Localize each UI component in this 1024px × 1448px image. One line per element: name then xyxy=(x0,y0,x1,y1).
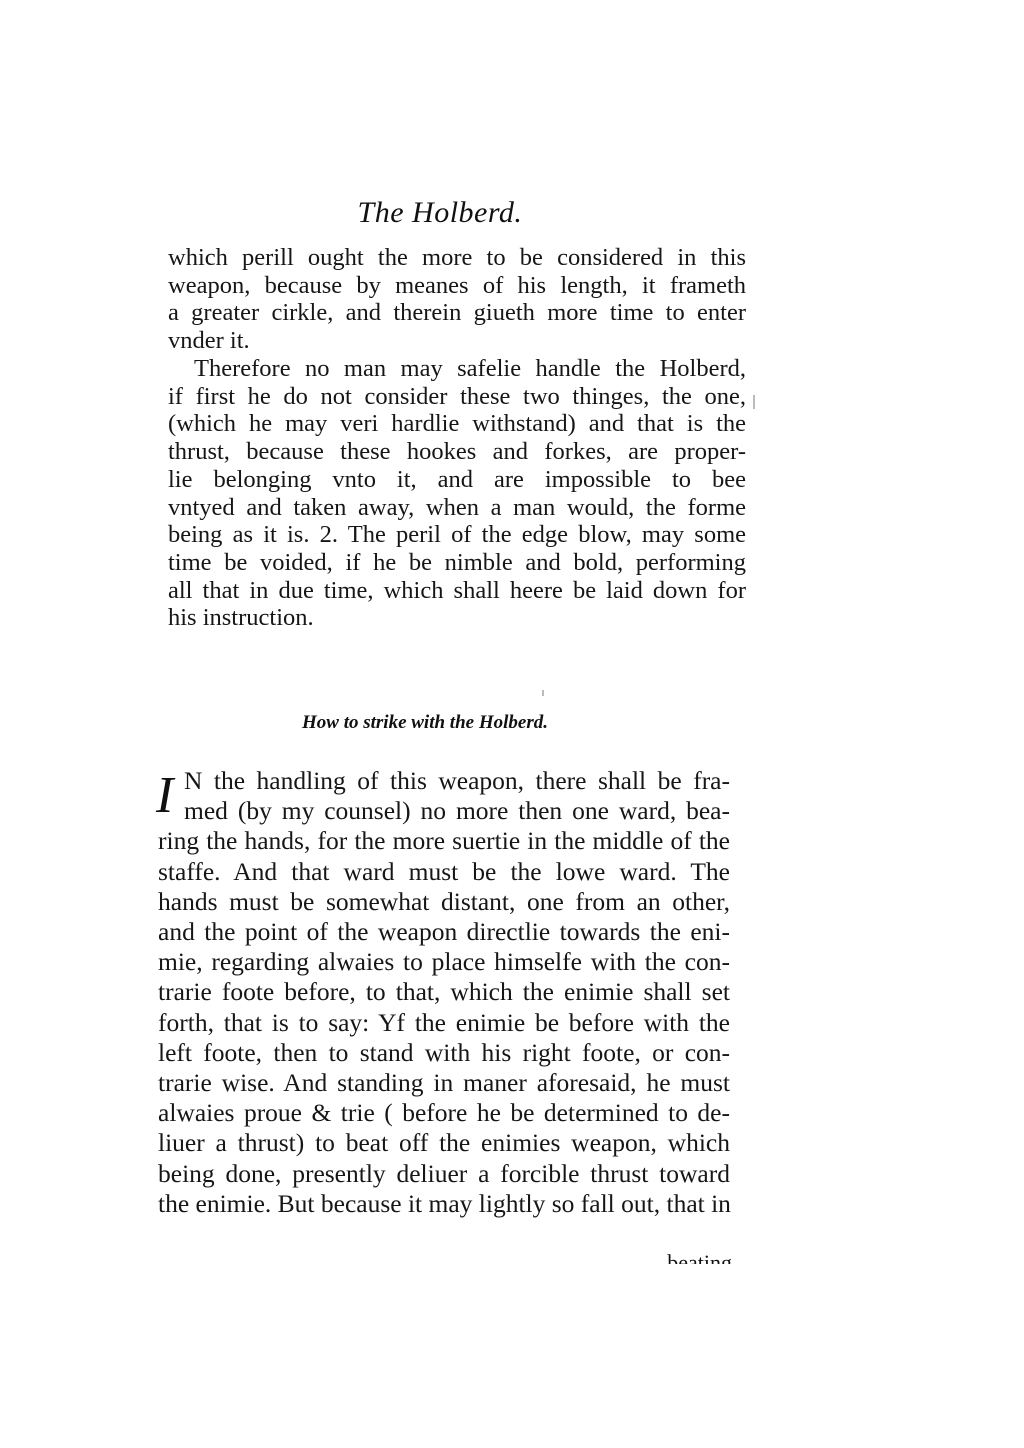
text-line: lie belonging vnto it, and are impossibl… xyxy=(168,466,746,494)
section-body: N the handling of this weapon, there sha… xyxy=(158,766,730,1219)
text-line: a greater cirkle, and therein giueth mor… xyxy=(168,299,746,327)
catchword: beating xyxy=(667,1250,732,1264)
text-line: med (by my counsel) no more then one war… xyxy=(158,796,730,826)
scan-speck xyxy=(753,395,755,409)
text-line: being done, presently deliuer a forcible… xyxy=(158,1159,730,1189)
text-line: and the point of the weapon directlie to… xyxy=(158,917,730,947)
running-head: The Holberd. xyxy=(320,196,560,230)
text-line: being as it is. 2. The peril of the edge… xyxy=(168,521,746,549)
text-line: trarie foote before, to that, which the … xyxy=(158,977,730,1007)
text-line: ring the hands, for the more suertie in … xyxy=(158,826,730,856)
text-line: N the handling of this weapon, there sha… xyxy=(158,766,730,796)
paragraph-continued: which perill ought the more to be consid… xyxy=(168,244,746,355)
text-line: the enimie. But because it may lightly s… xyxy=(158,1189,730,1219)
text-line: mie, regarding alwaies to place himselfe… xyxy=(158,947,730,977)
text-line: left foote, then to stand with his right… xyxy=(158,1038,730,1068)
text-line: which perill ought the more to be consid… xyxy=(168,244,746,272)
text-line: thrust, because these hookes and forkes,… xyxy=(168,438,746,466)
text-line: vntyed and taken away, when a man would,… xyxy=(168,494,746,522)
text-line: time be voided, if he be nimble and bold… xyxy=(168,549,746,577)
section-heading: How to strike with the Holberd. xyxy=(250,712,600,734)
text-line: if first he do not consider these two th… xyxy=(168,383,746,411)
text-line: liuer a thrust) to beat off the enimies … xyxy=(158,1128,730,1158)
text-line: vnder it. xyxy=(168,327,746,355)
text-line: hands must be somewhat distant, one from… xyxy=(158,887,730,917)
text-line: staffe. And that ward must be the lowe w… xyxy=(158,857,730,887)
text-line: alwaies proue & trie ( before he be dete… xyxy=(158,1098,730,1128)
scan-speck xyxy=(542,690,544,696)
text-line: forth, that is to say: Yf the enimie be … xyxy=(158,1008,730,1038)
paragraph-therefore: Therefore no man may safelie handle the … xyxy=(168,355,746,632)
text-line: his instruction. xyxy=(168,604,746,632)
text-line: weapon, because by meanes of his length,… xyxy=(168,272,746,300)
text-line: (which he may veri hardlie withstand) an… xyxy=(168,410,746,438)
text-line: trarie wise. And standing in maner afore… xyxy=(158,1068,730,1098)
text-line: Therefore no man may safelie handle the … xyxy=(168,355,746,383)
scanned-book-page: The Holberd. which perill ought the more… xyxy=(0,0,1024,1448)
text-line: all that in due time, which shall heere … xyxy=(168,577,746,605)
